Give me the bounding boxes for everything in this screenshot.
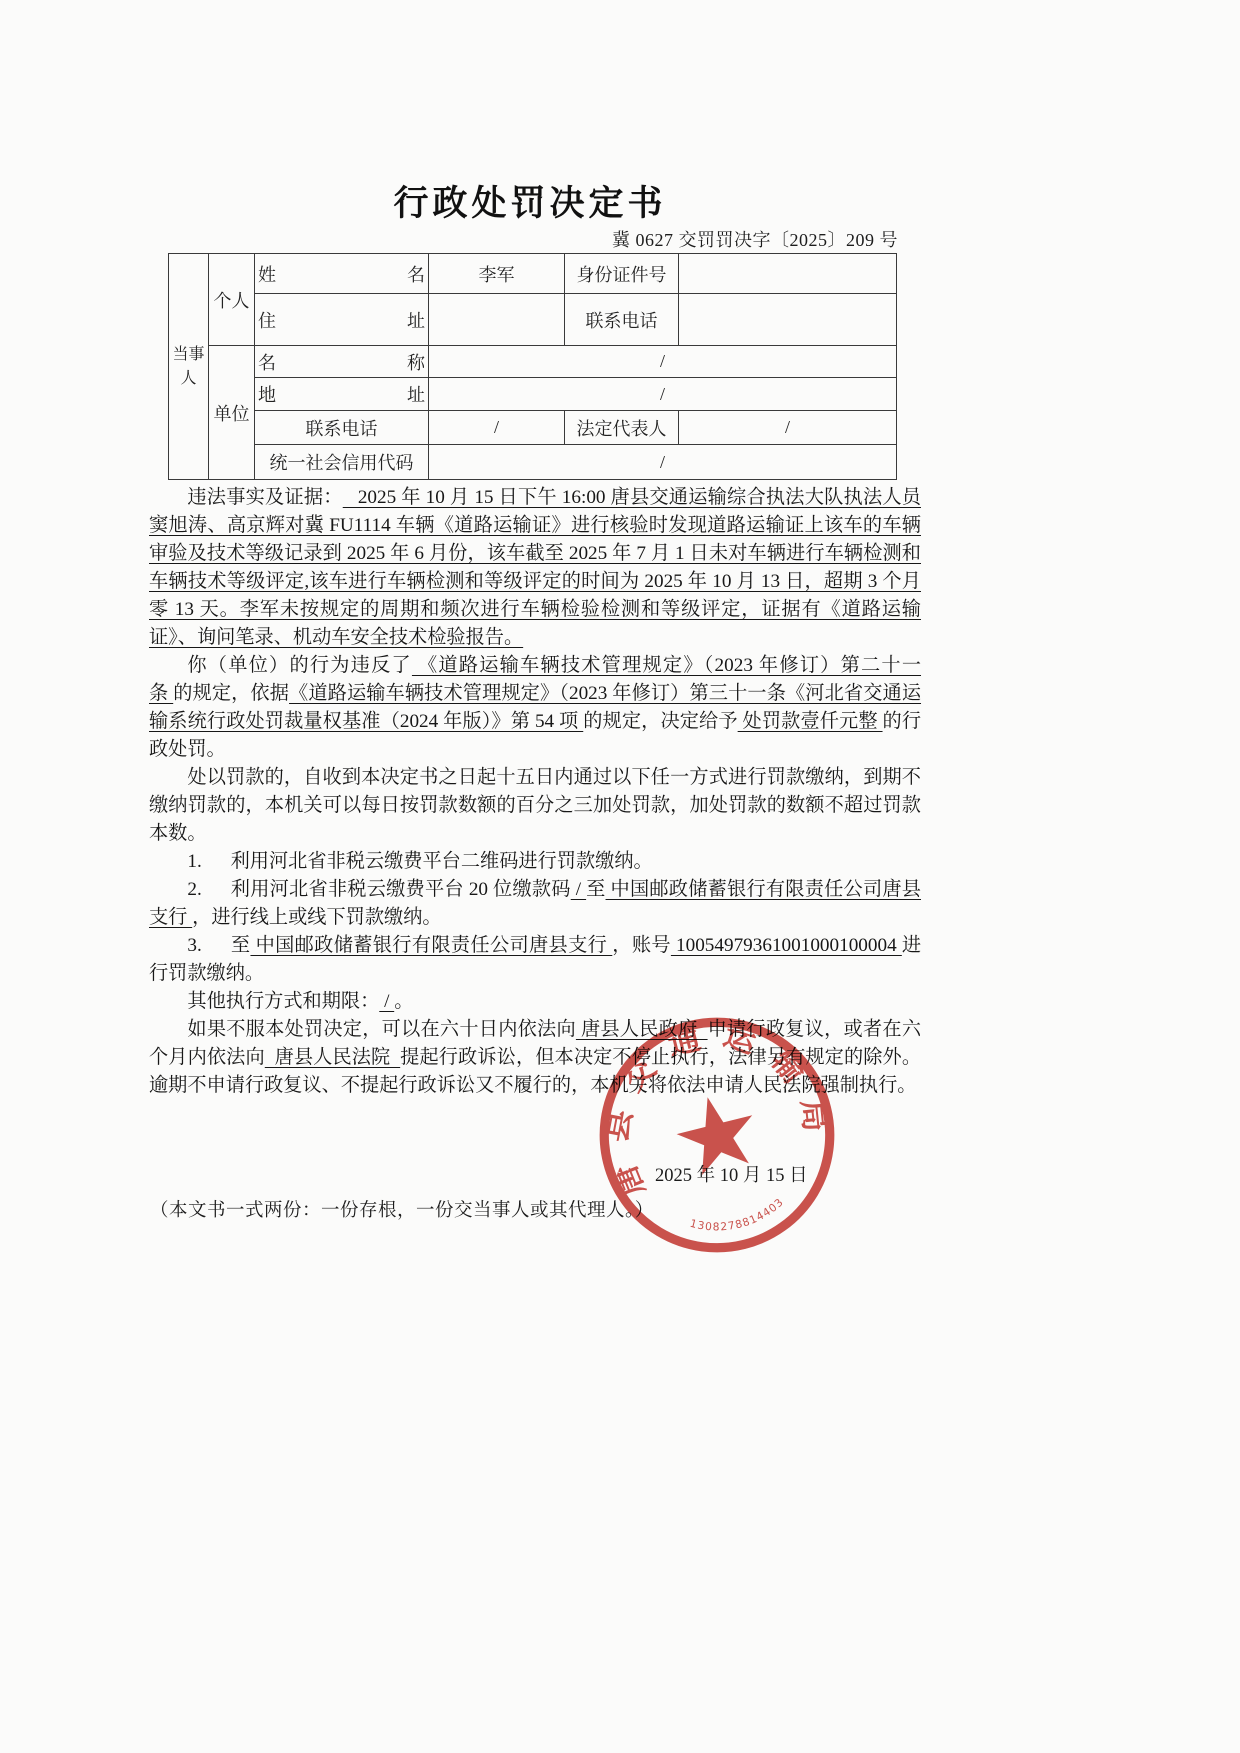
unit-phone-label-cell: 联系电话 [255,411,429,445]
id-label-cell: 身份证件号 [565,254,679,294]
seal-star-icon [670,1088,764,1179]
table-row: 单位 名称 / [169,346,897,378]
legal-rep-label-cell: 法定代表人 [565,411,679,445]
appeal-court: 唐县人民法院 [265,1047,400,1068]
facts-text: 2025 年 10 月 15 日下午 16:00 唐县交通运输综合执法大队执法人… [149,487,921,648]
table-row: 当事人 个人 姓名 李军 身份证件号 [169,254,897,294]
id-value-cell [679,254,897,294]
name-value-cell: 李军 [429,254,565,294]
item-number: 3. [187,935,201,956]
table-row: 统一社会信用代码 / [169,445,897,480]
violation-mid2: 的规定，决定给予 [583,711,737,732]
address-label-cell: 住址 [255,294,429,346]
unit-address-label-cell: 地址 [255,378,429,411]
item-number: 2. [187,879,201,900]
address-value-cell [429,294,565,346]
penalty-amount: 处罚款壹仟元整 [738,711,883,732]
payment-item-2-pre: 利用河北省非税云缴费平台 20 位缴款码 [231,879,571,900]
payment-item-2-tail: ，进行线上或线下罚款缴纳。 [192,907,441,928]
violation-paragraph: 你（单位）的行为违反了 《道路运输车辆技术管理规定》（2023 年修订）第二十一… [149,652,921,764]
payment-intro-paragraph: 处以罚款的，自收到本决定书之日起十五日内通过以下任一方式进行罚款缴纳，到期不缴纳… [149,764,921,848]
penalty-decision-document: 行政处罚决定书 冀 0627 交罚罚决字〔2025〕209 号 当事人 个人 姓… [0,0,1240,1753]
other-method-label: 其他执行方式和期限： [187,991,379,1012]
doc-number: 冀 0627 交罚罚决字〔2025〕209 号 [150,226,898,252]
legal-rep-value-cell: / [679,411,897,445]
unit-address-value-cell: / [429,378,897,411]
phone-label-cell: 联系电话 [565,294,679,346]
payment-item-3-pre: 至 [231,935,251,956]
payment-account-number: 10054979361001000100004 [671,935,902,956]
unit-label-cell: 单位 [209,346,255,480]
payment-item-1: 1.利用河北省非税云缴费平台二维码进行罚款缴纳。 [149,848,921,876]
payment-item-3-mid: ，账号 [612,935,671,956]
payment-item-3: 3.至 中国邮政储蓄银行有限责任公司唐县支行 ，账号 1005497936100… [149,932,921,988]
name-label-cell: 姓名 [255,254,429,294]
payment-bank-name: 中国邮政储蓄银行有限责任公司唐县支行 [250,935,612,956]
other-method-tail: 。 [394,991,413,1012]
facts-paragraph: 违法事实及证据： 2025 年 10 月 15 日下午 16:00 唐县交通运输… [149,484,921,652]
copies-note: （本文书一式两份：一份存根，一份交当事人或其代理人。） [150,1196,654,1222]
appeal-pre: 如果不服本处罚决定，可以在六十日内依法向 [187,1019,576,1040]
table-row: 地址 / [169,378,897,411]
individual-label-cell: 个人 [209,254,255,346]
payment-item-2: 2.利用河北省非税云缴费平台 20 位缴款码 / 至 中国邮政储蓄银行有限责任公… [149,876,921,932]
party-info-table: 当事人 个人 姓名 李军 身份证件号 住址 联系电话 单位 名称 / 地址 / [168,253,897,480]
violation-mid1: 的规定，依据 [173,683,289,704]
payment-item-2-mid: 至 [586,879,605,900]
credit-code-value-cell: / [429,445,897,480]
facts-label: 违法事实及证据： [187,487,342,508]
unit-name-value-cell: / [429,346,897,378]
unit-name-label-cell: 名称 [255,346,429,378]
payment-code-blank: / [571,879,586,900]
item-number: 1. [187,851,201,872]
table-row: 住址 联系电话 [169,294,897,346]
phone-value-cell [679,294,897,346]
payment-item-1-text: 利用河北省非税云缴费平台二维码进行罚款缴纳。 [231,851,653,872]
page-title: 行政处罚决定书 [150,176,910,226]
unit-phone-value-cell: / [429,411,565,445]
credit-code-label-cell: 统一社会信用代码 [255,445,429,480]
party-label-cell: 当事人 [169,254,209,480]
table-row: 联系电话 / 法定代表人 / [169,411,897,445]
violation-intro: 你（单位）的行为违反了 [187,655,412,676]
other-method-blank: / [379,991,394,1012]
